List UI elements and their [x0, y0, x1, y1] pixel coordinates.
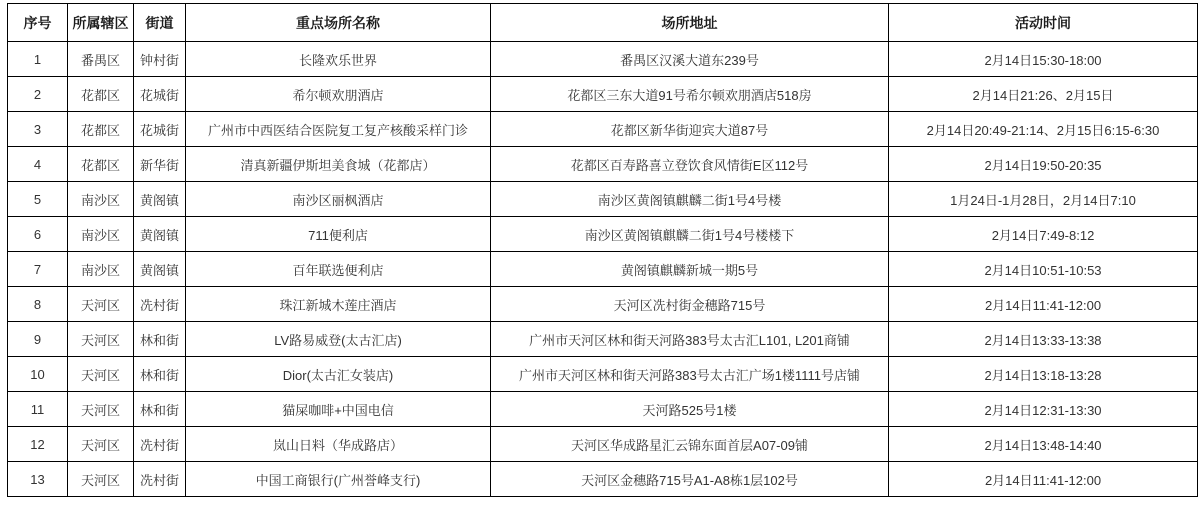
- table-row: 10 天河区 林和街 Dior(太古汇女装店) 广州市天河区林和街天河路383号…: [8, 357, 1198, 392]
- cell-time: 2月14日7:49-8:12: [889, 217, 1198, 252]
- cell-time: 2月14日13:33-13:38: [889, 322, 1198, 357]
- table-row: 12 天河区 冼村街 岚山日料（华成路店） 天河区华成路星汇云锦东面首层A07-…: [8, 427, 1198, 462]
- cell-address: 天河区冼村街金穗路715号: [491, 287, 889, 322]
- cell-time: 2月14日11:41-12:00: [889, 287, 1198, 322]
- header-street: 街道: [134, 4, 186, 42]
- cell-index: 10: [8, 357, 68, 392]
- cell-index: 11: [8, 392, 68, 427]
- cell-district: 南沙区: [68, 252, 134, 287]
- cell-address: 黄阁镇麒麟新城一期5号: [491, 252, 889, 287]
- cell-time: 2月14日19:50-20:35: [889, 147, 1198, 182]
- table-row: 3 花都区 花城街 广州市中西医结合医院复工复产核酸采样门诊 花都区新华街迎宾大…: [8, 112, 1198, 147]
- table-row: 1 番禺区 钟村街 长隆欢乐世界 番禺区汉溪大道东239号 2月14日15:30…: [8, 42, 1198, 77]
- cell-district: 天河区: [68, 392, 134, 427]
- cell-index: 9: [8, 322, 68, 357]
- cell-venue: 珠江新城木莲庄酒店: [186, 287, 491, 322]
- venue-table: 序号 所属辖区 街道 重点场所名称 场所地址 活动时间 1 番禺区 钟村街 长隆…: [7, 3, 1198, 497]
- cell-address: 南沙区黄阁镇麒麟二街1号4号楼楼下: [491, 217, 889, 252]
- cell-address: 天河路525号1楼: [491, 392, 889, 427]
- cell-street: 黄阁镇: [134, 182, 186, 217]
- header-time: 活动时间: [889, 4, 1198, 42]
- cell-index: 2: [8, 77, 68, 112]
- cell-venue: LV路易威登(太古汇店): [186, 322, 491, 357]
- cell-address: 天河区华成路星汇云锦东面首层A07-09铺: [491, 427, 889, 462]
- table-row: 8 天河区 冼村街 珠江新城木莲庄酒店 天河区冼村街金穗路715号 2月14日1…: [8, 287, 1198, 322]
- cell-time: 2月14日13:48-14:40: [889, 427, 1198, 462]
- cell-venue: 清真新疆伊斯坦美食城（花都店）: [186, 147, 491, 182]
- cell-district: 天河区: [68, 357, 134, 392]
- table-row: 5 南沙区 黄阁镇 南沙区丽枫酒店 南沙区黄阁镇麒麟二街1号4号楼 1月24日-…: [8, 182, 1198, 217]
- table-row: 6 南沙区 黄阁镇 711便利店 南沙区黄阁镇麒麟二街1号4号楼楼下 2月14日…: [8, 217, 1198, 252]
- table-row: 11 天河区 林和街 猫屎咖啡+中国电信 天河路525号1楼 2月14日12:3…: [8, 392, 1198, 427]
- cell-address: 天河区金穗路715号A1-A8栋1层102号: [491, 462, 889, 497]
- cell-time: 2月14日15:30-18:00: [889, 42, 1198, 77]
- cell-address: 广州市天河区林和街天河路383号太古汇广场1楼1111号店铺: [491, 357, 889, 392]
- cell-venue: 岚山日料（华成路店）: [186, 427, 491, 462]
- cell-index: 4: [8, 147, 68, 182]
- cell-time: 2月14日10:51-10:53: [889, 252, 1198, 287]
- cell-district: 南沙区: [68, 182, 134, 217]
- cell-time: 1月24日-1月28日，2月14日7:10: [889, 182, 1198, 217]
- cell-index: 8: [8, 287, 68, 322]
- cell-street: 花城街: [134, 112, 186, 147]
- cell-venue: Dior(太古汇女装店): [186, 357, 491, 392]
- cell-district: 天河区: [68, 322, 134, 357]
- cell-district: 南沙区: [68, 217, 134, 252]
- cell-time: 2月14日21:26、2月15日: [889, 77, 1198, 112]
- header-address: 场所地址: [491, 4, 889, 42]
- cell-venue: 广州市中西医结合医院复工复产核酸采样门诊: [186, 112, 491, 147]
- cell-index: 5: [8, 182, 68, 217]
- cell-street: 钟村街: [134, 42, 186, 77]
- cell-venue: 希尔顿欢朋酒店: [186, 77, 491, 112]
- cell-address: 花都区三东大道91号希尔顿欢朋酒店518房: [491, 77, 889, 112]
- cell-venue: 百年联选便利店: [186, 252, 491, 287]
- cell-index: 12: [8, 427, 68, 462]
- table-row: 7 南沙区 黄阁镇 百年联选便利店 黄阁镇麒麟新城一期5号 2月14日10:51…: [8, 252, 1198, 287]
- header-row: 序号 所属辖区 街道 重点场所名称 场所地址 活动时间: [8, 4, 1198, 42]
- table-row: 4 花都区 新华街 清真新疆伊斯坦美食城（花都店） 花都区百寿路喜立登饮食风情街…: [8, 147, 1198, 182]
- cell-venue: 711便利店: [186, 217, 491, 252]
- cell-address: 广州市天河区林和街天河路383号太古汇L101, L201商铺: [491, 322, 889, 357]
- cell-street: 花城街: [134, 77, 186, 112]
- table-row: 2 花都区 花城街 希尔顿欢朋酒店 花都区三东大道91号希尔顿欢朋酒店518房 …: [8, 77, 1198, 112]
- venue-table-sheet: 序号 所属辖区 街道 重点场所名称 场所地址 活动时间 1 番禺区 钟村街 长隆…: [7, 3, 1198, 497]
- cell-index: 1: [8, 42, 68, 77]
- cell-district: 天河区: [68, 287, 134, 322]
- cell-district: 天河区: [68, 462, 134, 497]
- cell-time: 2月14日13:18-13:28: [889, 357, 1198, 392]
- header-index: 序号: [8, 4, 68, 42]
- cell-district: 花都区: [68, 77, 134, 112]
- cell-street: 冼村街: [134, 427, 186, 462]
- cell-street: 黄阁镇: [134, 217, 186, 252]
- cell-street: 新华街: [134, 147, 186, 182]
- cell-index: 7: [8, 252, 68, 287]
- table-row: 13 天河区 冼村街 中国工商银行(广州誉峰支行) 天河区金穗路715号A1-A…: [8, 462, 1198, 497]
- cell-time: 2月14日11:41-12:00: [889, 462, 1198, 497]
- cell-venue: 南沙区丽枫酒店: [186, 182, 491, 217]
- cell-street: 黄阁镇: [134, 252, 186, 287]
- cell-time: 2月14日12:31-13:30: [889, 392, 1198, 427]
- cell-venue: 中国工商银行(广州誉峰支行): [186, 462, 491, 497]
- cell-district: 天河区: [68, 427, 134, 462]
- cell-street: 林和街: [134, 322, 186, 357]
- cell-index: 6: [8, 217, 68, 252]
- cell-time: 2月14日20:49-21:14、2月15日6:15-6:30: [889, 112, 1198, 147]
- cell-venue: 长隆欢乐世界: [186, 42, 491, 77]
- header-district: 所属辖区: [68, 4, 134, 42]
- header-venue: 重点场所名称: [186, 4, 491, 42]
- cell-street: 冼村街: [134, 287, 186, 322]
- cell-address: 南沙区黄阁镇麒麟二街1号4号楼: [491, 182, 889, 217]
- cell-venue: 猫屎咖啡+中国电信: [186, 392, 491, 427]
- cell-address: 花都区百寿路喜立登饮食风情街E区112号: [491, 147, 889, 182]
- cell-street: 林和街: [134, 392, 186, 427]
- cell-address: 番禺区汉溪大道东239号: [491, 42, 889, 77]
- cell-street: 林和街: [134, 357, 186, 392]
- cell-address: 花都区新华街迎宾大道87号: [491, 112, 889, 147]
- cell-index: 3: [8, 112, 68, 147]
- cell-street: 冼村街: [134, 462, 186, 497]
- cell-district: 番禺区: [68, 42, 134, 77]
- cell-index: 13: [8, 462, 68, 497]
- cell-district: 花都区: [68, 112, 134, 147]
- table-row: 9 天河区 林和街 LV路易威登(太古汇店) 广州市天河区林和街天河路383号太…: [8, 322, 1198, 357]
- cell-district: 花都区: [68, 147, 134, 182]
